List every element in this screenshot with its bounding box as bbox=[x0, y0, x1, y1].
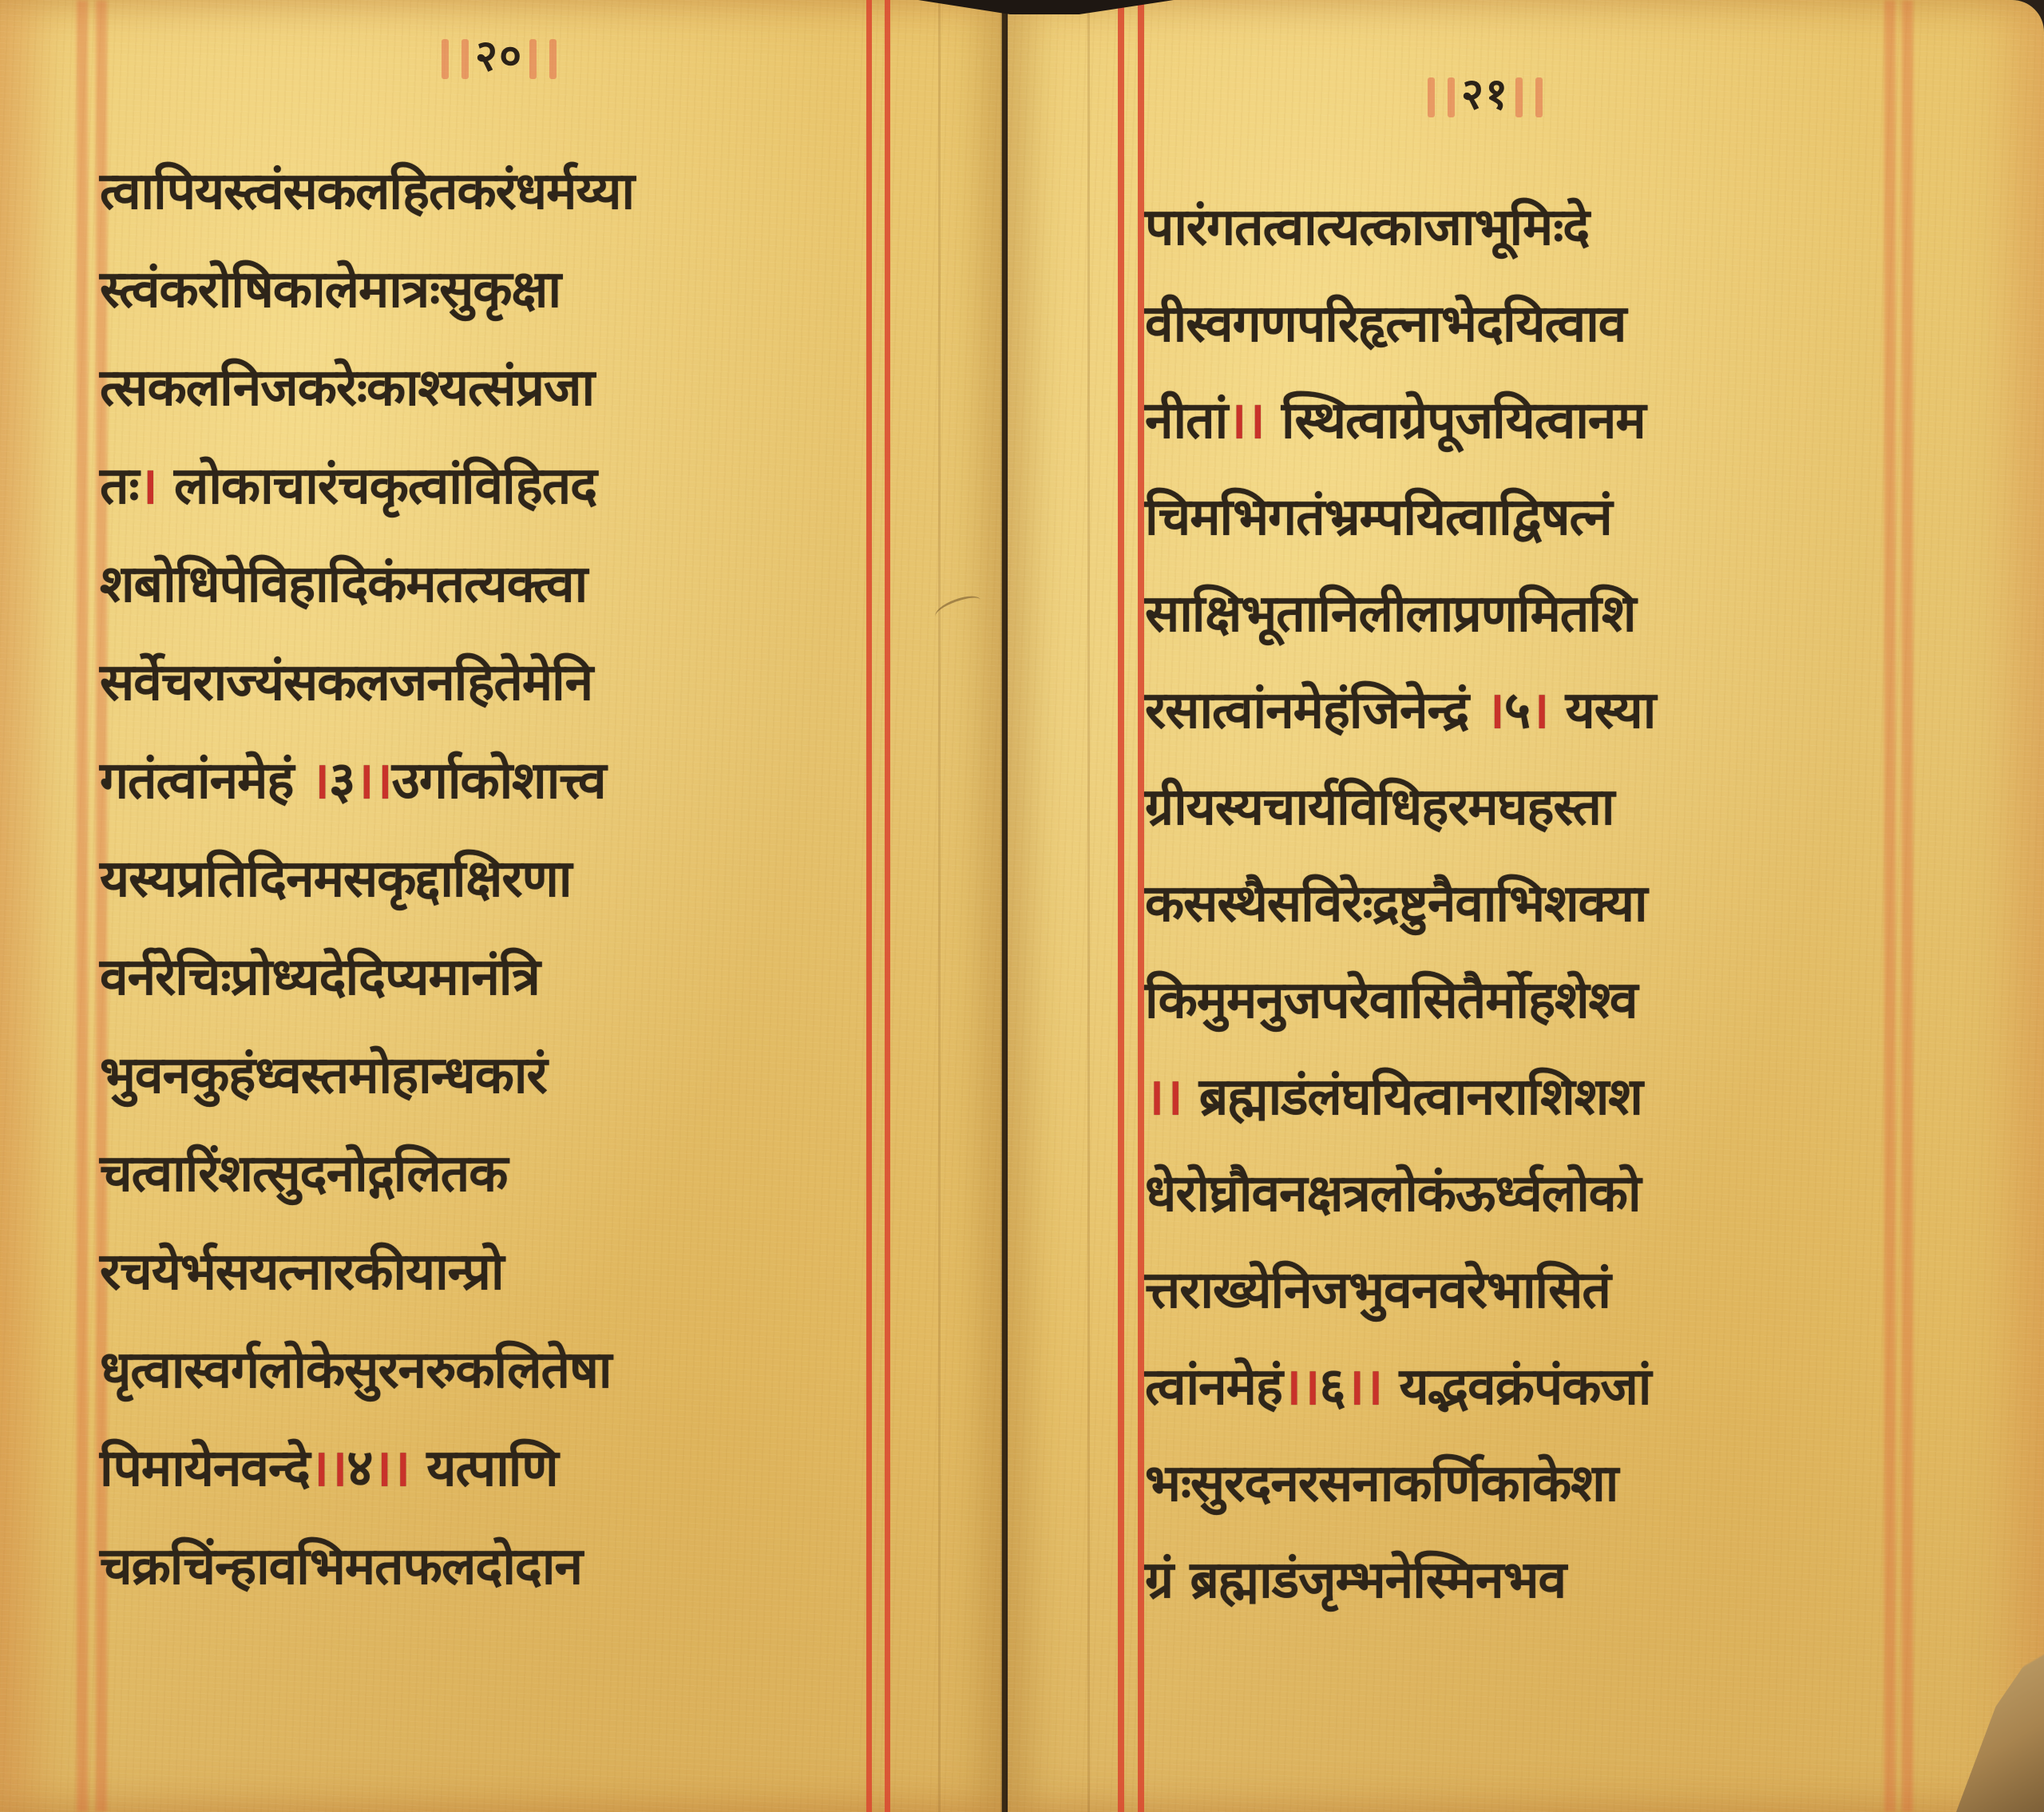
torn-page-corner bbox=[1956, 1636, 2044, 1812]
manuscript-line: त्वांनमेहं।।६।। यद्भवक्रंपंकजां bbox=[1145, 1355, 1650, 1419]
line-text-segment: स्थित्वाग्रेपूजयित्वानम bbox=[1265, 391, 1646, 450]
binding-gutter bbox=[1000, 0, 1008, 1812]
left-page-number: २० bbox=[435, 24, 563, 83]
right-page-number: २१ bbox=[1421, 62, 1549, 121]
manuscript-line: त्सकलनिजकरेःकाश्यत्संप्रजा bbox=[100, 356, 594, 420]
red-danda-mark: ।। bbox=[1345, 1358, 1383, 1417]
red-danda-mark: ।। bbox=[373, 1439, 410, 1498]
line-text-segment: धृत्वास्वर्गलोकेसुरनरुकलितेषा bbox=[100, 1341, 612, 1400]
page-number-red-tick bbox=[1428, 77, 1435, 117]
manuscript-line: भःसुरदनरसनाकर्णिकाकेशा bbox=[1145, 1452, 1618, 1516]
line-text-segment: ब्रह्माडंलंघयित्वानराशिशश bbox=[1182, 1068, 1642, 1127]
manuscript-line: त्तराख्येनिजभुवनवरेभासितं bbox=[1145, 1259, 1610, 1322]
red-danda-mark: ।। bbox=[1145, 1068, 1182, 1127]
manuscript-line: ग्रं ब्रह्माडंजृम्भनेस्मिनभव bbox=[1145, 1548, 1566, 1612]
manuscript-line: चिमभिगतंभ्रम्पयित्वाद्विषत्नं bbox=[1145, 486, 1612, 549]
manuscript-line: सर्वेचराज्यंसकलजनहितेमेनि bbox=[100, 651, 592, 715]
manuscript-line: पारंगतत्वात्यत्काजाभूमिःदे bbox=[1145, 196, 1589, 260]
line-text-segment: वीस्वगणपरिहृत्नाभेदयित्वाव bbox=[1145, 295, 1626, 354]
line-text-segment: नीतां bbox=[1145, 391, 1227, 450]
manuscript-line: स्त्वंकरोषिकालेमात्रःसुकृक्षा bbox=[100, 258, 561, 322]
manuscript-line: कसस्थैसविरेःद्रष्टुनैवाभिशक्या bbox=[1145, 872, 1647, 936]
right-page-fold bbox=[1087, 0, 1090, 1812]
line-text-segment: यस्यप्रतिदिनमसकृद्दाक्षिरणा bbox=[100, 850, 571, 909]
line-text-segment: लोकाचारंचकृत्वांविहितद bbox=[157, 457, 596, 516]
left-page: २० त्वापियस्त्वंसकलहितकरंधर्मय्यास्त्वंक… bbox=[0, 0, 1002, 1812]
line-text-segment: तः bbox=[100, 457, 138, 516]
line-text-segment: यत्पाणि bbox=[410, 1439, 558, 1498]
line-text-segment: रचयेर्भसयत्नारकीयान्प्रो bbox=[100, 1243, 504, 1302]
line-text-segment: सर्वेचराज्यंसकलजनहितेमेनि bbox=[100, 653, 592, 712]
line-text-segment: त्वांनमेहं bbox=[1145, 1358, 1282, 1417]
right-inner-margin-rule-2 bbox=[1138, 0, 1144, 1812]
right-page: २१ पारंगतत्वात्यत्काजाभूमिःदेवीस्वगणपरिह… bbox=[1008, 0, 2044, 1812]
page-number-red-tick bbox=[1448, 77, 1455, 117]
line-text-segment: वर्नरेचिःप्रोध्यदेदिप्यमानंत्रि bbox=[100, 948, 540, 1007]
page-number-red-tick bbox=[461, 39, 469, 79]
manuscript-line: चक्रचिंन्हावभिमतफलदोदान bbox=[100, 1535, 582, 1599]
manuscript-line: त्वापियस्त्वंसकलहितकरंधर्मय्या bbox=[100, 160, 634, 224]
line-text-segment: कसस्थैसविरेःद्रष्टुनैवाभिशक्या bbox=[1145, 874, 1647, 934]
manuscript-line: ।। ब्रह्माडंलंघयित्वानराशिशश bbox=[1145, 1065, 1642, 1129]
line-text-segment: त्तराख्येनिजभुवनवरेभासितं bbox=[1145, 1261, 1610, 1320]
left-outer-margin-rule bbox=[77, 0, 88, 1812]
manuscript-line: धेरोघ्रौवनक्षत्रलोकंऊर्ध्वलोको bbox=[1145, 1162, 1641, 1226]
line-text-segment: ग्रं ब्रह्माडंजृम्भनेस्मिनभव bbox=[1145, 1551, 1566, 1610]
line-text-segment: त्वापियस्त्वंसकलहितकरंधर्मय्या bbox=[100, 162, 634, 221]
line-text-segment: ग्रीयस्यचार्यविधिहरमघहस्ता bbox=[1145, 778, 1614, 837]
left-page-text-block: त्वापियस्त्वंसकलहितकरंधर्मय्यास्त्वंकरोष… bbox=[100, 160, 898, 1637]
manuscript-line: चत्वारिंशत्सुदनोद्गलितक bbox=[100, 1142, 507, 1206]
line-text-segment: यस्या bbox=[1548, 681, 1655, 740]
line-text-segment: धेरोघ्रौवनक्षत्रलोकंऊर्ध्वलोको bbox=[1145, 1164, 1641, 1223]
line-text-segment: साक्षिभूतानिलीलाप्रणमितशि bbox=[1145, 585, 1636, 644]
red-danda-mark: ।। bbox=[1282, 1358, 1320, 1417]
manuscript-spread: २० त्वापियस्त्वंसकलहितकरंधर्मय्यास्त्वंक… bbox=[0, 0, 2044, 1812]
manuscript-line: शबोधिपेविहादिकंमतत्यक्त्वा bbox=[100, 553, 587, 617]
manuscript-line: भुवनकुहंध्वस्तमोहान्धकारं bbox=[100, 1044, 547, 1108]
line-text-segment: चक्रचिंन्हावभिमतफलदोदान bbox=[100, 1537, 582, 1596]
right-outer-margin-rule bbox=[1884, 0, 1895, 1812]
line-text-segment: ३ bbox=[329, 751, 355, 811]
left-page-number-text: २० bbox=[475, 30, 523, 81]
line-text-segment: पिमायेनवन्दे bbox=[100, 1439, 310, 1498]
line-text-segment: भःसुरदनरसनाकर्णिकाकेशा bbox=[1145, 1454, 1618, 1513]
line-text-segment: चिमभिगतंभ्रम्पयित्वाद्विषत्नं bbox=[1145, 488, 1612, 547]
line-text-segment: ४ bbox=[347, 1439, 372, 1498]
page-number-red-tick bbox=[1515, 77, 1523, 117]
page-number-red-tick bbox=[529, 39, 537, 79]
red-danda-mark: । bbox=[1530, 681, 1548, 740]
line-text-segment: किमुमनुजपरेवासितैर्मोहशेश्व bbox=[1145, 971, 1637, 1030]
manuscript-line: रसात्वांनमेहंजिनेन्द्रं ।५। यस्या bbox=[1145, 679, 1655, 743]
manuscript-line: तः। लोकाचारंचकृत्वांविहितद bbox=[100, 454, 596, 518]
red-danda-mark: । bbox=[311, 751, 329, 811]
right-page-text-block: पारंगतत्वात्यत्काजाभूमिःदेवीस्वगणपरिहृत्… bbox=[1145, 196, 1880, 1633]
red-danda-mark: । bbox=[138, 457, 156, 516]
line-text-segment: स्त्वंकरोषिकालेमात्रःसुकृक्षा bbox=[100, 260, 561, 319]
manuscript-line: वर्नरेचिःप्रोध्यदेदिप्यमानंत्रि bbox=[100, 946, 540, 1009]
manuscript-line: साक्षिभूतानिलीलाप्रणमितशि bbox=[1145, 582, 1636, 646]
manuscript-line: रचयेर्भसयत्नारकीयान्प्रो bbox=[100, 1240, 504, 1304]
line-text-segment: गतंत्वांनमेहं bbox=[100, 751, 311, 811]
manuscript-line: पिमायेनवन्दे।।४।। यत्पाणि bbox=[100, 1437, 558, 1501]
page-number-red-tick bbox=[442, 39, 449, 79]
red-danda-mark: ।। bbox=[355, 751, 392, 811]
line-text-segment: पारंगतत्वात्यत्काजाभूमिःदे bbox=[1145, 198, 1589, 257]
manuscript-line: धृत्वास्वर्गलोकेसुरनरुकलितेषा bbox=[100, 1338, 612, 1402]
page-number-red-tick bbox=[1535, 77, 1543, 117]
manuscript-line: गतंत्वांनमेहं ।३।।उर्गाकोशात्त्व bbox=[100, 749, 606, 813]
line-text-segment: ५ bbox=[1504, 681, 1530, 740]
manuscript-line: ग्रीयस्यचार्यविधिहरमघहस्ता bbox=[1145, 775, 1614, 839]
right-page-number-text: २१ bbox=[1461, 68, 1509, 119]
manuscript-line: यस्यप्रतिदिनमसकृद्दाक्षिरणा bbox=[100, 847, 571, 911]
line-text-segment: शबोधिपेविहादिकंमतत्यक्त्वा bbox=[100, 555, 587, 614]
right-inner-margin-rule-1 bbox=[1118, 0, 1124, 1812]
right-outer-margin-rule-2 bbox=[1902, 0, 1913, 1812]
line-text-segment: यद्भवक्रंपंकजां bbox=[1382, 1358, 1650, 1417]
line-text-segment: उर्गाकोशात्त्व bbox=[392, 751, 606, 811]
left-page-fold bbox=[938, 0, 941, 1812]
manuscript-line: किमुमनुजपरेवासितैर्मोहशेश्व bbox=[1145, 969, 1637, 1033]
red-danda-mark: । bbox=[1486, 681, 1504, 740]
line-text-segment: चत्वारिंशत्सुदनोद्गलितक bbox=[100, 1144, 507, 1203]
red-danda-mark: ।। bbox=[310, 1439, 347, 1498]
page-number-red-tick bbox=[549, 39, 557, 79]
manuscript-line: वीस्वगणपरिहृत्नाभेदयित्वाव bbox=[1145, 292, 1626, 356]
red-danda-mark: ।। bbox=[1227, 391, 1265, 450]
line-text-segment: भुवनकुहंध्वस्तमोहान्धकारं bbox=[100, 1046, 547, 1105]
manuscript-line: नीतां।। स्थित्वाग्रेपूजयित्वानम bbox=[1145, 389, 1646, 453]
line-text-segment: रसात्वांनमेहंजिनेन्द्रं bbox=[1145, 681, 1486, 740]
line-text-segment: त्सकलनिजकरेःकाश्यत्संप्रजा bbox=[100, 359, 594, 418]
line-text-segment: ६ bbox=[1319, 1358, 1345, 1417]
